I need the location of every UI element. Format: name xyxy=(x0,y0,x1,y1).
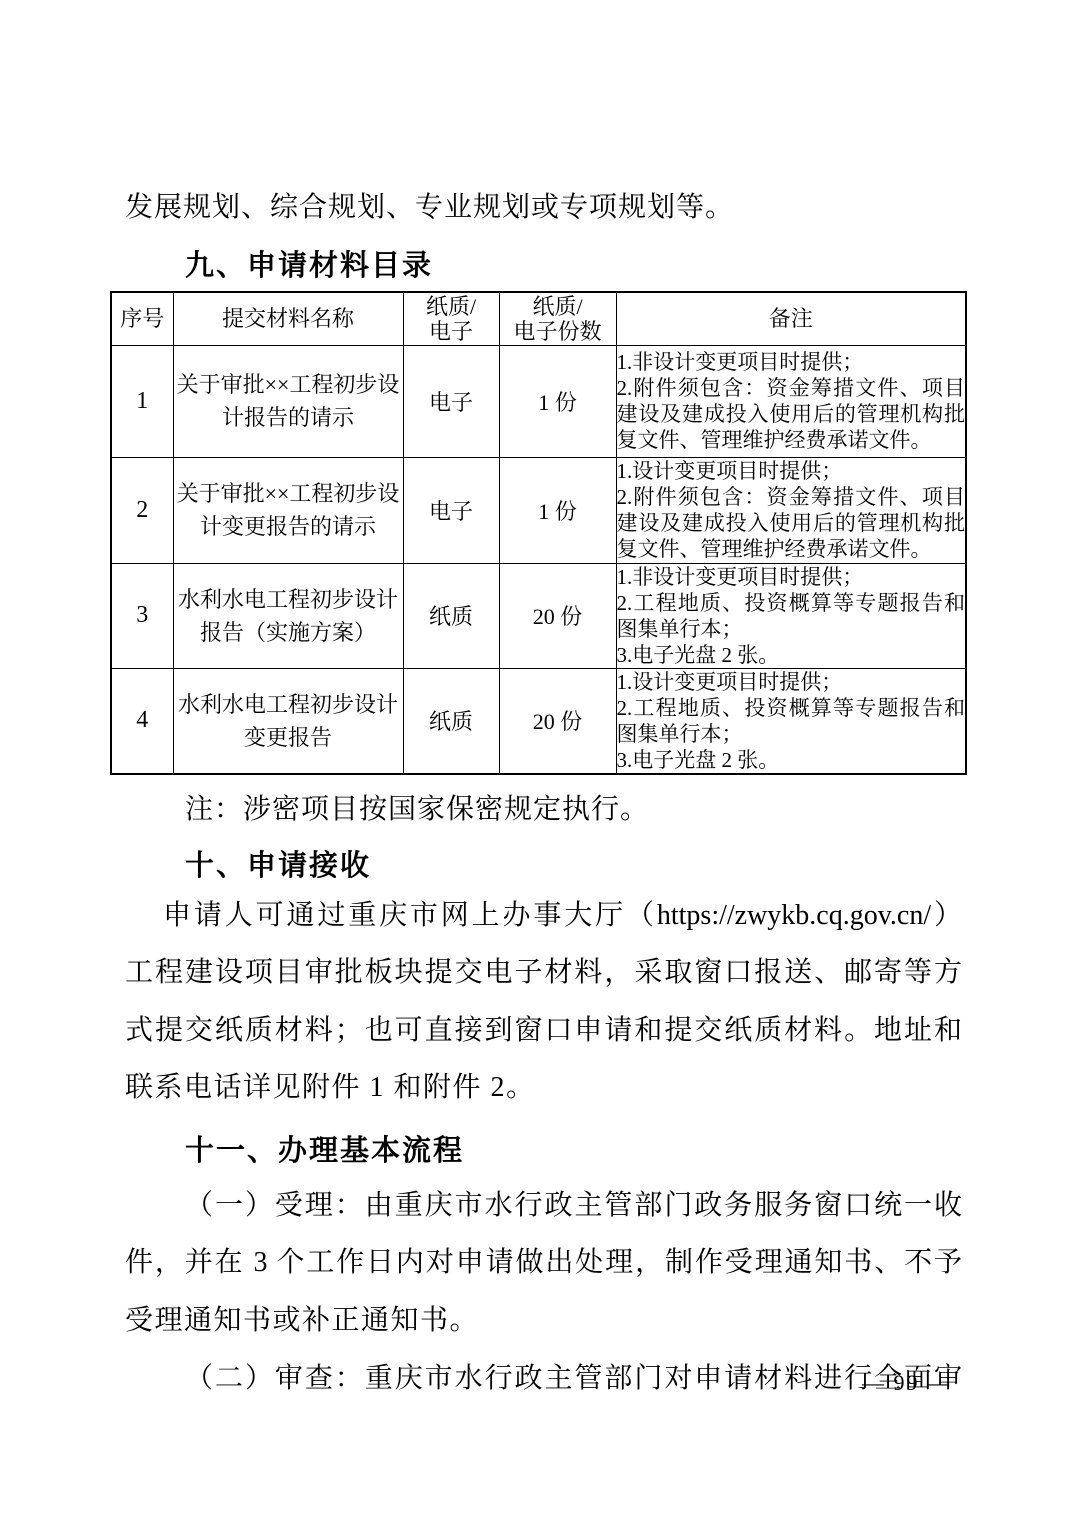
remark-line: 2.附件须包含：资金筹措文件、项目建设及建成投入使用后的管理机构批复文件、管理维… xyxy=(617,375,966,453)
section10-heading: 十、申请接收 xyxy=(125,850,962,883)
page-content: 发展规划、综合规划、专业规划或专项规划等。 九、申请材料目录 序号 提交材料名称… xyxy=(125,0,962,1408)
materials-table: 序号 提交材料名称 纸质/ 电子 纸质/ 电子份数 备注 1 关于审批××工程初… xyxy=(110,291,967,775)
page-number: — 99 — xyxy=(862,1370,951,1396)
remark-line: 2.工程地质、投资概算等专题报告和图集单行本； xyxy=(617,695,966,747)
remark-line: 3.电子光盘 2 张。 xyxy=(617,642,966,668)
col-header-material-name: 提交材料名称 xyxy=(173,292,403,345)
col-header-medium: 纸质/ 电子 xyxy=(403,292,499,345)
section11-paragraph2: （二）审查：重庆市水行政主管部门对申请材料进行全面审 xyxy=(125,1350,962,1408)
col-header-copies-line1: 纸质/ xyxy=(500,294,616,319)
row-copies: 1 份 xyxy=(499,345,616,457)
row-remark: 1.设计变更项目时提供； 2.工程地质、投资概算等专题报告和图集单行本； 3.电… xyxy=(616,668,966,774)
remark-line: 2.工程地质、投资概算等专题报告和图集单行本； xyxy=(617,590,966,642)
row-seq: 1 xyxy=(111,345,173,457)
paragraph-line: 受理通知书或补正通知书。 xyxy=(125,1292,962,1350)
col-header-copies-line2: 电子份数 xyxy=(500,319,616,344)
paragraph-line: 式提交纸质材料；也可直接到窗口申请和提交纸质材料。地址和 xyxy=(125,1002,962,1060)
row-material-name: 水利水电工程初步设计变更报告 xyxy=(173,668,403,774)
row-material-name: 关于审批××工程初步设计报告的请示 xyxy=(173,345,403,457)
row-copies: 1 份 xyxy=(499,457,616,563)
paragraph-line: 件，并在 3 个工作日内对申请做出处理，制作受理通知书、不予 xyxy=(125,1234,962,1292)
intro-continuation-line: 发展规划、综合规划、专业规划或专项规划等。 xyxy=(125,193,962,223)
row-medium: 纸质 xyxy=(403,563,499,668)
row-medium: 电子 xyxy=(403,345,499,457)
table-note: 注：涉密项目按国家保密规定执行。 xyxy=(125,795,962,825)
row-material-name: 水利水电工程初步设计报告（实施方案） xyxy=(173,563,403,668)
paragraph-line: 申请人可通过重庆市网上办事大厅（https://zwykb.cq.gov.cn/… xyxy=(125,887,962,945)
table-row: 1 关于审批××工程初步设计报告的请示 电子 1 份 1.非设计变更项目时提供；… xyxy=(111,345,966,457)
remark-line: 2.附件须包含：资金筹措文件、项目建设及建成投入使用后的管理机构批复文件、管理维… xyxy=(617,484,966,562)
row-medium: 电子 xyxy=(403,457,499,563)
table-row: 2 关于审批××工程初步设计变更报告的请示 电子 1 份 1.设计变更项目时提供… xyxy=(111,457,966,563)
table-row: 3 水利水电工程初步设计报告（实施方案） 纸质 20 份 1.非设计变更项目时提… xyxy=(111,563,966,668)
row-copies: 20 份 xyxy=(499,563,616,668)
section11-heading: 十一、办理基本流程 xyxy=(125,1135,962,1168)
table-header-row: 序号 提交材料名称 纸质/ 电子 纸质/ 电子份数 备注 xyxy=(111,292,966,345)
remark-line: 1.设计变更项目时提供； xyxy=(617,458,966,484)
remark-line: 1.非设计变更项目时提供； xyxy=(617,349,966,375)
col-header-medium-line2: 电子 xyxy=(404,319,499,344)
col-header-copies: 纸质/ 电子份数 xyxy=(499,292,616,345)
remark-line: 3.电子光盘 2 张。 xyxy=(617,747,966,773)
section9-heading: 九、申请材料目录 xyxy=(125,250,962,283)
row-seq: 3 xyxy=(111,563,173,668)
row-copies: 20 份 xyxy=(499,668,616,774)
row-medium: 纸质 xyxy=(403,668,499,774)
paragraph-line: 工程建设项目审批板块提交电子材料，采取窗口报送、邮寄等方 xyxy=(125,944,962,1002)
row-remark: 1.非设计变更项目时提供； 2.工程地质、投资概算等专题报告和图集单行本； 3.… xyxy=(616,563,966,668)
remark-line: 1.非设计变更项目时提供； xyxy=(617,564,966,590)
row-seq: 2 xyxy=(111,457,173,563)
row-seq: 4 xyxy=(111,668,173,774)
table-row: 4 水利水电工程初步设计变更报告 纸质 20 份 1.设计变更项目时提供； 2.… xyxy=(111,668,966,774)
col-header-remark: 备注 xyxy=(616,292,966,345)
paragraph-line: （一）受理：由重庆市水行政主管部门政务服务窗口统一收 xyxy=(125,1177,962,1235)
row-remark: 1.设计变更项目时提供； 2.附件须包含：资金筹措文件、项目建设及建成投入使用后… xyxy=(616,457,966,563)
col-header-medium-line1: 纸质/ xyxy=(404,294,499,319)
row-material-name: 关于审批××工程初步设计变更报告的请示 xyxy=(173,457,403,563)
paragraph-line: （二）审查：重庆市水行政主管部门对申请材料进行全面审 xyxy=(125,1350,962,1408)
col-header-seq: 序号 xyxy=(111,292,173,345)
document-page: 发展规划、综合规划、专业规划或专项规划等。 九、申请材料目录 序号 提交材料名称… xyxy=(0,0,1075,1519)
section11-paragraph1: （一）受理：由重庆市水行政主管部门政务服务窗口统一收 件，并在 3 个工作日内对… xyxy=(125,1177,962,1350)
section10-paragraph: 申请人可通过重庆市网上办事大厅（https://zwykb.cq.gov.cn/… xyxy=(125,887,962,1117)
remark-line: 1.设计变更项目时提供； xyxy=(617,669,966,695)
row-remark: 1.非设计变更项目时提供； 2.附件须包含：资金筹措文件、项目建设及建成投入使用… xyxy=(616,345,966,457)
paragraph-line: 联系电话详见附件 1 和附件 2。 xyxy=(125,1059,962,1117)
